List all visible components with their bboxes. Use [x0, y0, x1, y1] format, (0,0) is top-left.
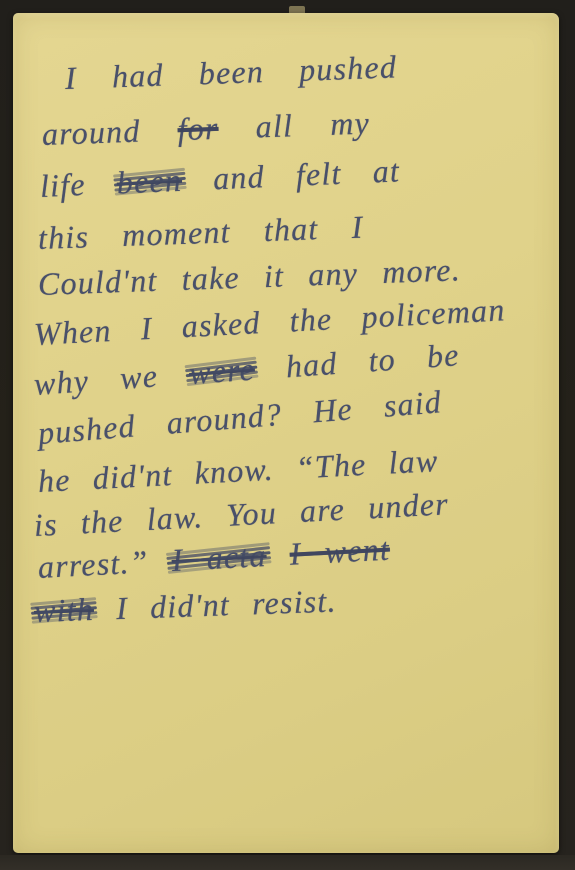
handwriting-text: why we — [33, 355, 191, 402]
handwriting-line-1: I had been pushed — [64, 48, 397, 97]
handwriting-text: arrest.” — [37, 542, 173, 585]
handwriting-text: and felt at — [181, 152, 401, 197]
handwriting-line-5: Could'nt take it any more. — [37, 251, 461, 303]
struck-out-word: I acta — [171, 537, 268, 578]
struck-out-word: were — [188, 351, 256, 392]
handwriting-line-3: life been and felt at — [39, 152, 401, 205]
handwriting-text — [266, 536, 291, 573]
handwriting-text: around — [41, 111, 178, 152]
struck-out-word: been — [116, 162, 183, 201]
struck-out-word: I went — [289, 531, 391, 572]
note-paper: I had been pushed around for all my life… — [13, 13, 559, 853]
handwriting-text: all my — [218, 105, 371, 146]
handwriting-text: this moment that I — [37, 209, 364, 256]
handwriting-line-2: around for all my — [41, 105, 370, 153]
photo-background: I had been pushed around for all my life… — [0, 0, 575, 870]
struck-out-word: for — [177, 110, 219, 147]
handwriting-text: Could'nt take it any more. — [37, 251, 461, 302]
handwriting-line-12: with I did'nt resist. — [33, 582, 337, 630]
handwriting-text: I did'nt resist. — [93, 582, 337, 626]
handwriting-text: I had been pushed — [64, 48, 397, 96]
table-surface — [0, 855, 575, 870]
handwriting-text: life — [39, 165, 117, 204]
handwriting-text: had to be — [253, 336, 460, 386]
struck-out-word: with — [33, 591, 94, 629]
handwriting-line-4: this moment that I — [37, 209, 364, 257]
